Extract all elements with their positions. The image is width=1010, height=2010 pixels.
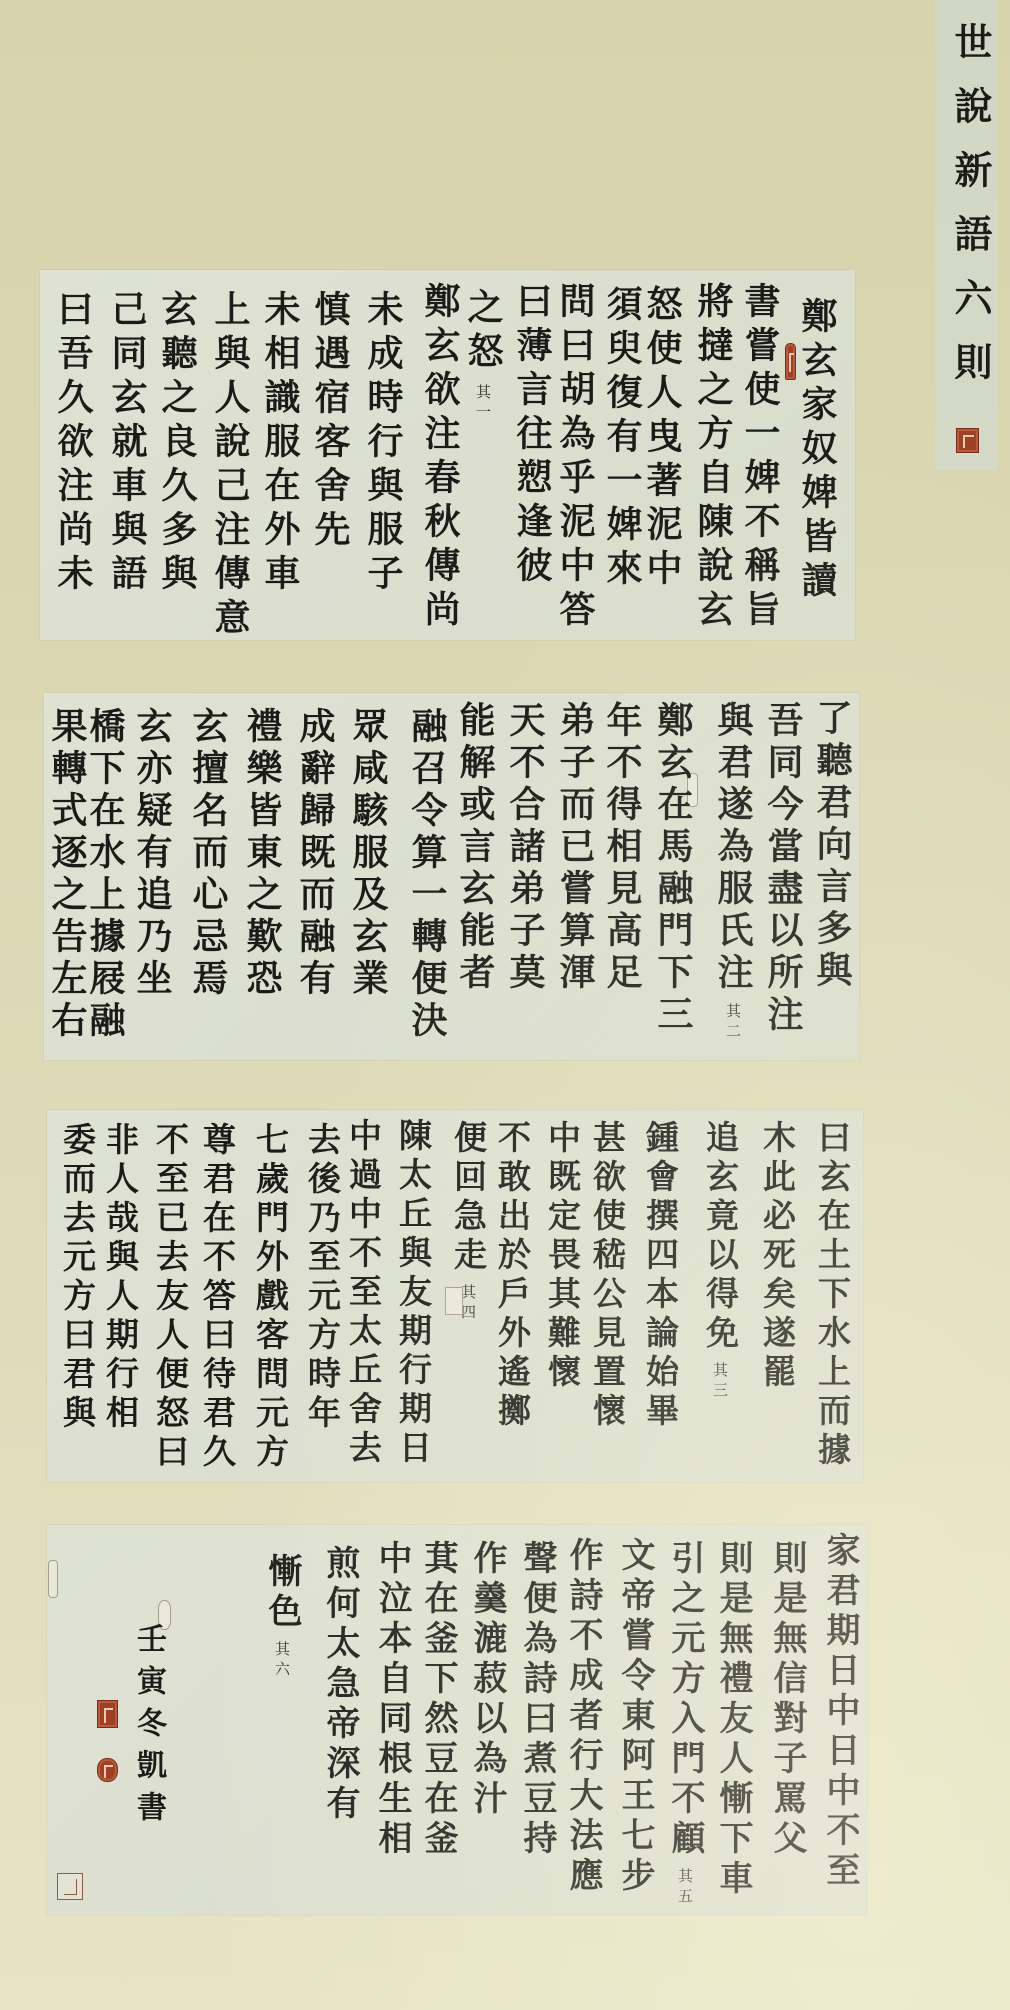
text-column: 融召令算一轉便決 [407,707,447,1043]
text-column: 曰薄言往愬逢彼 [512,282,552,590]
text-column: 鍾會撰四本論始畢 [640,1120,680,1432]
text-column: 鄭玄欲注春秋傳尚 [420,282,460,634]
passage-number-note: 其二 [724,1003,742,1043]
text-column: 不至已去友人便怒曰 [150,1122,190,1473]
text-column: 鄭玄在馬融門下三 [653,701,693,1037]
text-column: 怒使人曳著泥中 [642,285,682,593]
passage-number-note: 其六 [273,1641,291,1681]
column-text: 便回急走 [449,1120,488,1276]
column-text: 慚色 [262,1553,302,1633]
text-column: 書嘗使一婢不稱旨 [740,282,780,634]
text-column: 上與人說己注傳意 [210,290,250,642]
text-column: 成辭歸既而融有 [295,707,335,1001]
title-strip: 世說新語六則 [935,0,998,470]
column-text: 引之元方入門不顧 [665,1540,705,1860]
text-column: 禮樂皆東之歎恐 [242,707,282,1001]
calligraphy-scroll-photo: 世說新語六則 鄭玄家奴婢皆讀 書嘗使一婢不稱旨 將撻之方自陳說玄 怒使人曳著泥中… [0,0,1010,2010]
name-seal-icon [97,1700,118,1728]
text-column: 須臾復有一婢來 [602,285,642,593]
text-column: 慚色其六 [262,1553,302,1681]
title-seal-icon [956,428,979,453]
text-column: 未成時行與服子 [363,290,403,598]
text-column: 委而去元方曰君與 [57,1122,97,1434]
text-column: 陳太丘與友期行期日 [393,1118,433,1469]
text-column: 玄擅名而心忌焉 [188,707,228,1001]
calligraphy-panel-3: 曰玄在土下水上而據 木此必死矣遂罷 追玄竟以得免其三 鍾會撰四本論始畢 甚欲使嵇… [47,1110,863,1482]
passage-number-note: 其五 [676,1868,694,1908]
corner-seal-icon [48,1560,58,1598]
text-column: 甚欲使嵇公見置懷 [587,1120,627,1432]
text-column: 去後乃至元方時年 [302,1122,342,1434]
text-column: 問曰胡為乎泥中答 [555,282,595,634]
text-column: 木此必死矣遂罷 [757,1120,797,1393]
text-column: 引之元方入門不顧其五 [665,1540,705,1908]
text-column: 中過中不至太丘舍去 [343,1118,383,1469]
column-text: 之怒 [462,288,504,376]
text-column: 家君期日中日中不至 [820,1532,860,1892]
text-column: 慎遇宿客舍先 [310,290,350,554]
text-column: 曰玄在土下水上而據 [812,1120,852,1471]
text-column: 非人哉與人期行相 [100,1122,140,1434]
text-column: 尊君在不答曰待君久 [197,1122,237,1473]
square-seal-icon [445,1287,463,1315]
text-column: 未相識服在外車 [260,290,300,598]
column-text: 與君遂為服氏注 [712,701,754,995]
text-column: 中泣本自同根生相 [372,1540,412,1860]
corner-square-seal-icon [57,1873,83,1900]
text-column: 則是無禮友人慚下車 [713,1540,753,1900]
artist-signature: 壬寅冬凱書 [130,1623,166,1833]
column-text: 追玄竟以得免 [701,1120,740,1354]
text-column: 果轉式逐之告左右 [47,707,87,1043]
text-column: 己同玄就車與語 [107,290,147,598]
text-column: 天不合諸弟子莫 [505,701,545,995]
text-column: 橋下在水上據屐融 [85,707,125,1043]
text-column: 萁在釜下然豆在釜 [418,1540,458,1860]
text-column: 玄聽之良久多與 [157,290,197,598]
text-column: 將撻之方自陳說玄 [693,282,733,634]
text-column: 玄亦疑有追乃坐 [132,707,172,1001]
calligraphy-panel-2: 了聽君向言多與 吾同今當盡以所注 與君遂為服氏注其二 鄭玄在馬融門下三 年不得相… [44,693,859,1060]
text-column: 弟子而已嘗算渾 [555,701,595,995]
text-column: 七歲門外戲客問元方 [250,1122,290,1473]
text-column: 作詩不成者行大法應 [563,1537,603,1897]
text-column: 年不得相見高足 [602,701,642,995]
round-seal-icon [97,1758,118,1782]
text-column: 與君遂為服氏注其二 [713,701,753,1043]
text-column: 曰吾久欲注尚未 [53,290,93,598]
passage-number-note: 其三 [711,1362,729,1402]
text-column: 作羹漉菽以為汁 [467,1540,507,1820]
calligraphy-panel-4: 家君期日中日中不至 則是無信對子罵父 則是無禮友人慚下車 引之元方入門不顧其五 … [47,1525,867,1915]
text-column: 中既定畏其難懷 [542,1120,582,1393]
text-column: 聲便為詩曰煮豆持 [517,1540,557,1860]
text-column: 則是無信對子罵父 [767,1540,807,1860]
text-column: 鄭玄家奴婢皆讀 [797,297,837,605]
text-column: 吾同今當盡以所注 [763,701,803,1037]
leisure-seal-icon [785,343,796,380]
text-column: 追玄竟以得免其三 [700,1120,740,1402]
calligraphy-panel-1: 鄭玄家奴婢皆讀 書嘗使一婢不稱旨 將撻之方自陳說玄 怒使人曳著泥中 須臾復有一婢… [40,270,855,640]
text-column: 能解或言玄能者 [455,701,495,995]
text-column: 之怒其一 [463,288,503,424]
text-column: 煎何太急帝深有 [320,1545,360,1825]
text-column: 眾咸駭服及玄業 [348,707,388,1001]
passage-number-note: 其一 [474,384,492,424]
text-column: 不敢出於戶外遙擲 [492,1120,532,1432]
text-column: 文帝嘗令東阿王七步 [615,1537,655,1897]
scroll-title: 世說新語六則 [948,22,992,406]
text-column: 了聽君向言多與 [812,699,852,993]
